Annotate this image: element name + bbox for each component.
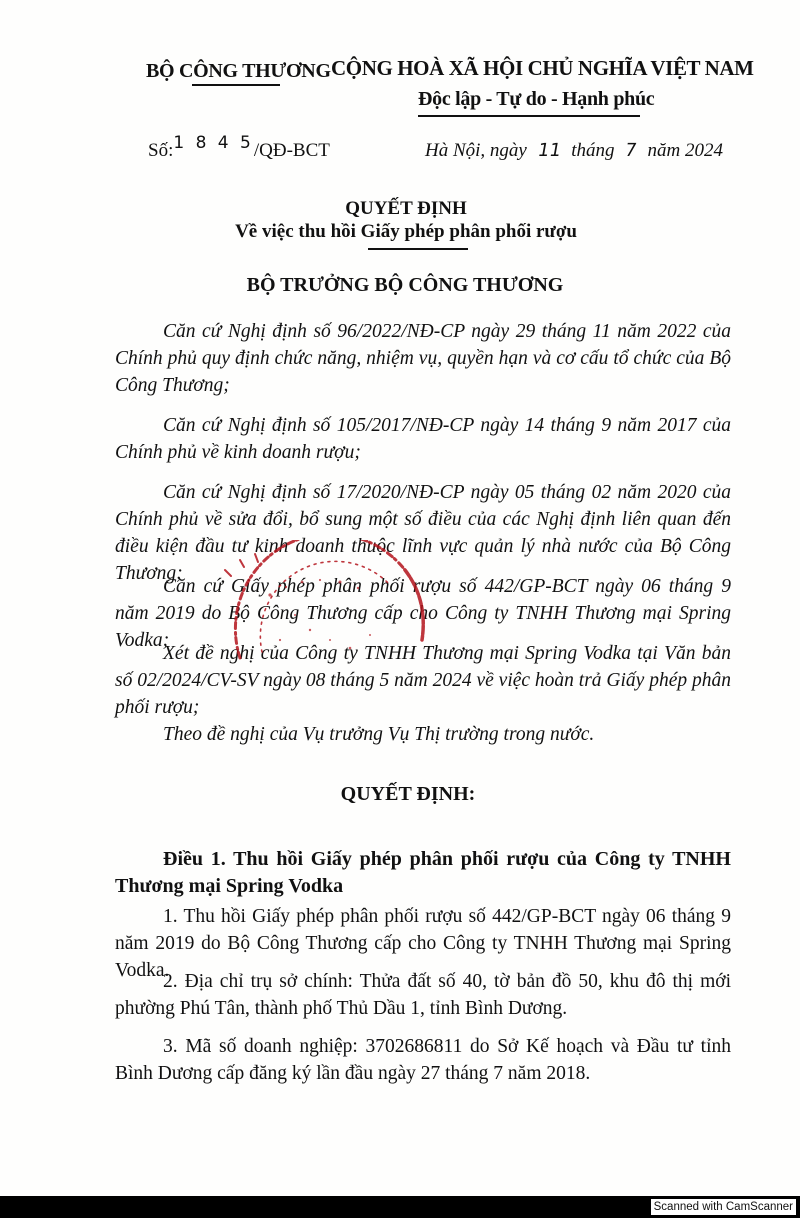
document-page: BỘ CÔNG THƯƠNG CỘNG HOÀ XÃ HỘI CHỦ NGHĨA… xyxy=(0,0,800,1196)
doc-number-value: 1 8 4 5 xyxy=(173,133,253,153)
subject-underline xyxy=(368,248,468,250)
article-1-item: 2. Địa chỉ trụ sở chính: Thửa đất số 40,… xyxy=(115,968,731,1022)
doc-number-suffix: /QĐ-BCT xyxy=(254,140,330,161)
date-month-handwritten: 7 xyxy=(623,140,638,161)
national-motto: Độc lập - Tự do - Hạnh phúc xyxy=(418,88,654,111)
ministry-underline xyxy=(192,84,280,86)
preamble-item: Xét đề nghị của Công ty TNHH Thương mại … xyxy=(115,640,731,721)
date-month-label: tháng xyxy=(571,140,614,161)
doc-number-prefix: Số: xyxy=(148,140,173,161)
document-number: Số:1 8 4 5/QĐ-BCT xyxy=(148,140,330,162)
article-1-title: Điều 1. Thu hồi Giấy phép phân phối rượu… xyxy=(115,846,731,900)
nation-title: CỘNG HOÀ XÃ HỘI CHỦ NGHĨA VIỆT NAM xyxy=(331,56,754,81)
scanner-watermark: Scanned with CamScanner xyxy=(651,1199,796,1215)
article-1-item: 3. Mã số doanh nghiệp: 3702686811 do Sở … xyxy=(115,1033,731,1087)
issuing-authority: BỘ TRƯỞNG BỘ CÔNG THƯƠNG xyxy=(5,274,800,297)
preamble-item: Căn cứ Nghị định số 17/2020/NĐ-CP ngày 0… xyxy=(115,479,731,587)
ministry-name: BỘ CÔNG THƯƠNG xyxy=(146,60,331,83)
date-day-handwritten: 11 xyxy=(536,140,563,161)
preamble-item: Căn cứ Nghị định số 105/2017/NĐ-CP ngày … xyxy=(115,412,731,466)
document-date: Hà Nội, ngày 11 tháng 7 năm 2024 xyxy=(425,140,723,162)
date-year: năm 2024 xyxy=(648,140,723,161)
date-prefix: Hà Nội, ngày xyxy=(425,140,527,161)
decision-heading: QUYẾT ĐỊNH: xyxy=(8,783,800,806)
document-subject: Về việc thu hồi Giấy phép phân phối rượu xyxy=(6,221,800,243)
preamble-item: Căn cứ Nghị định số 96/2022/NĐ-CP ngày 2… xyxy=(115,318,731,399)
motto-underline xyxy=(418,115,640,117)
document-heading: QUYẾT ĐỊNH xyxy=(6,198,800,220)
preamble-item: Theo đề nghị của Vụ trưởng Vụ Thị trường… xyxy=(115,721,731,748)
